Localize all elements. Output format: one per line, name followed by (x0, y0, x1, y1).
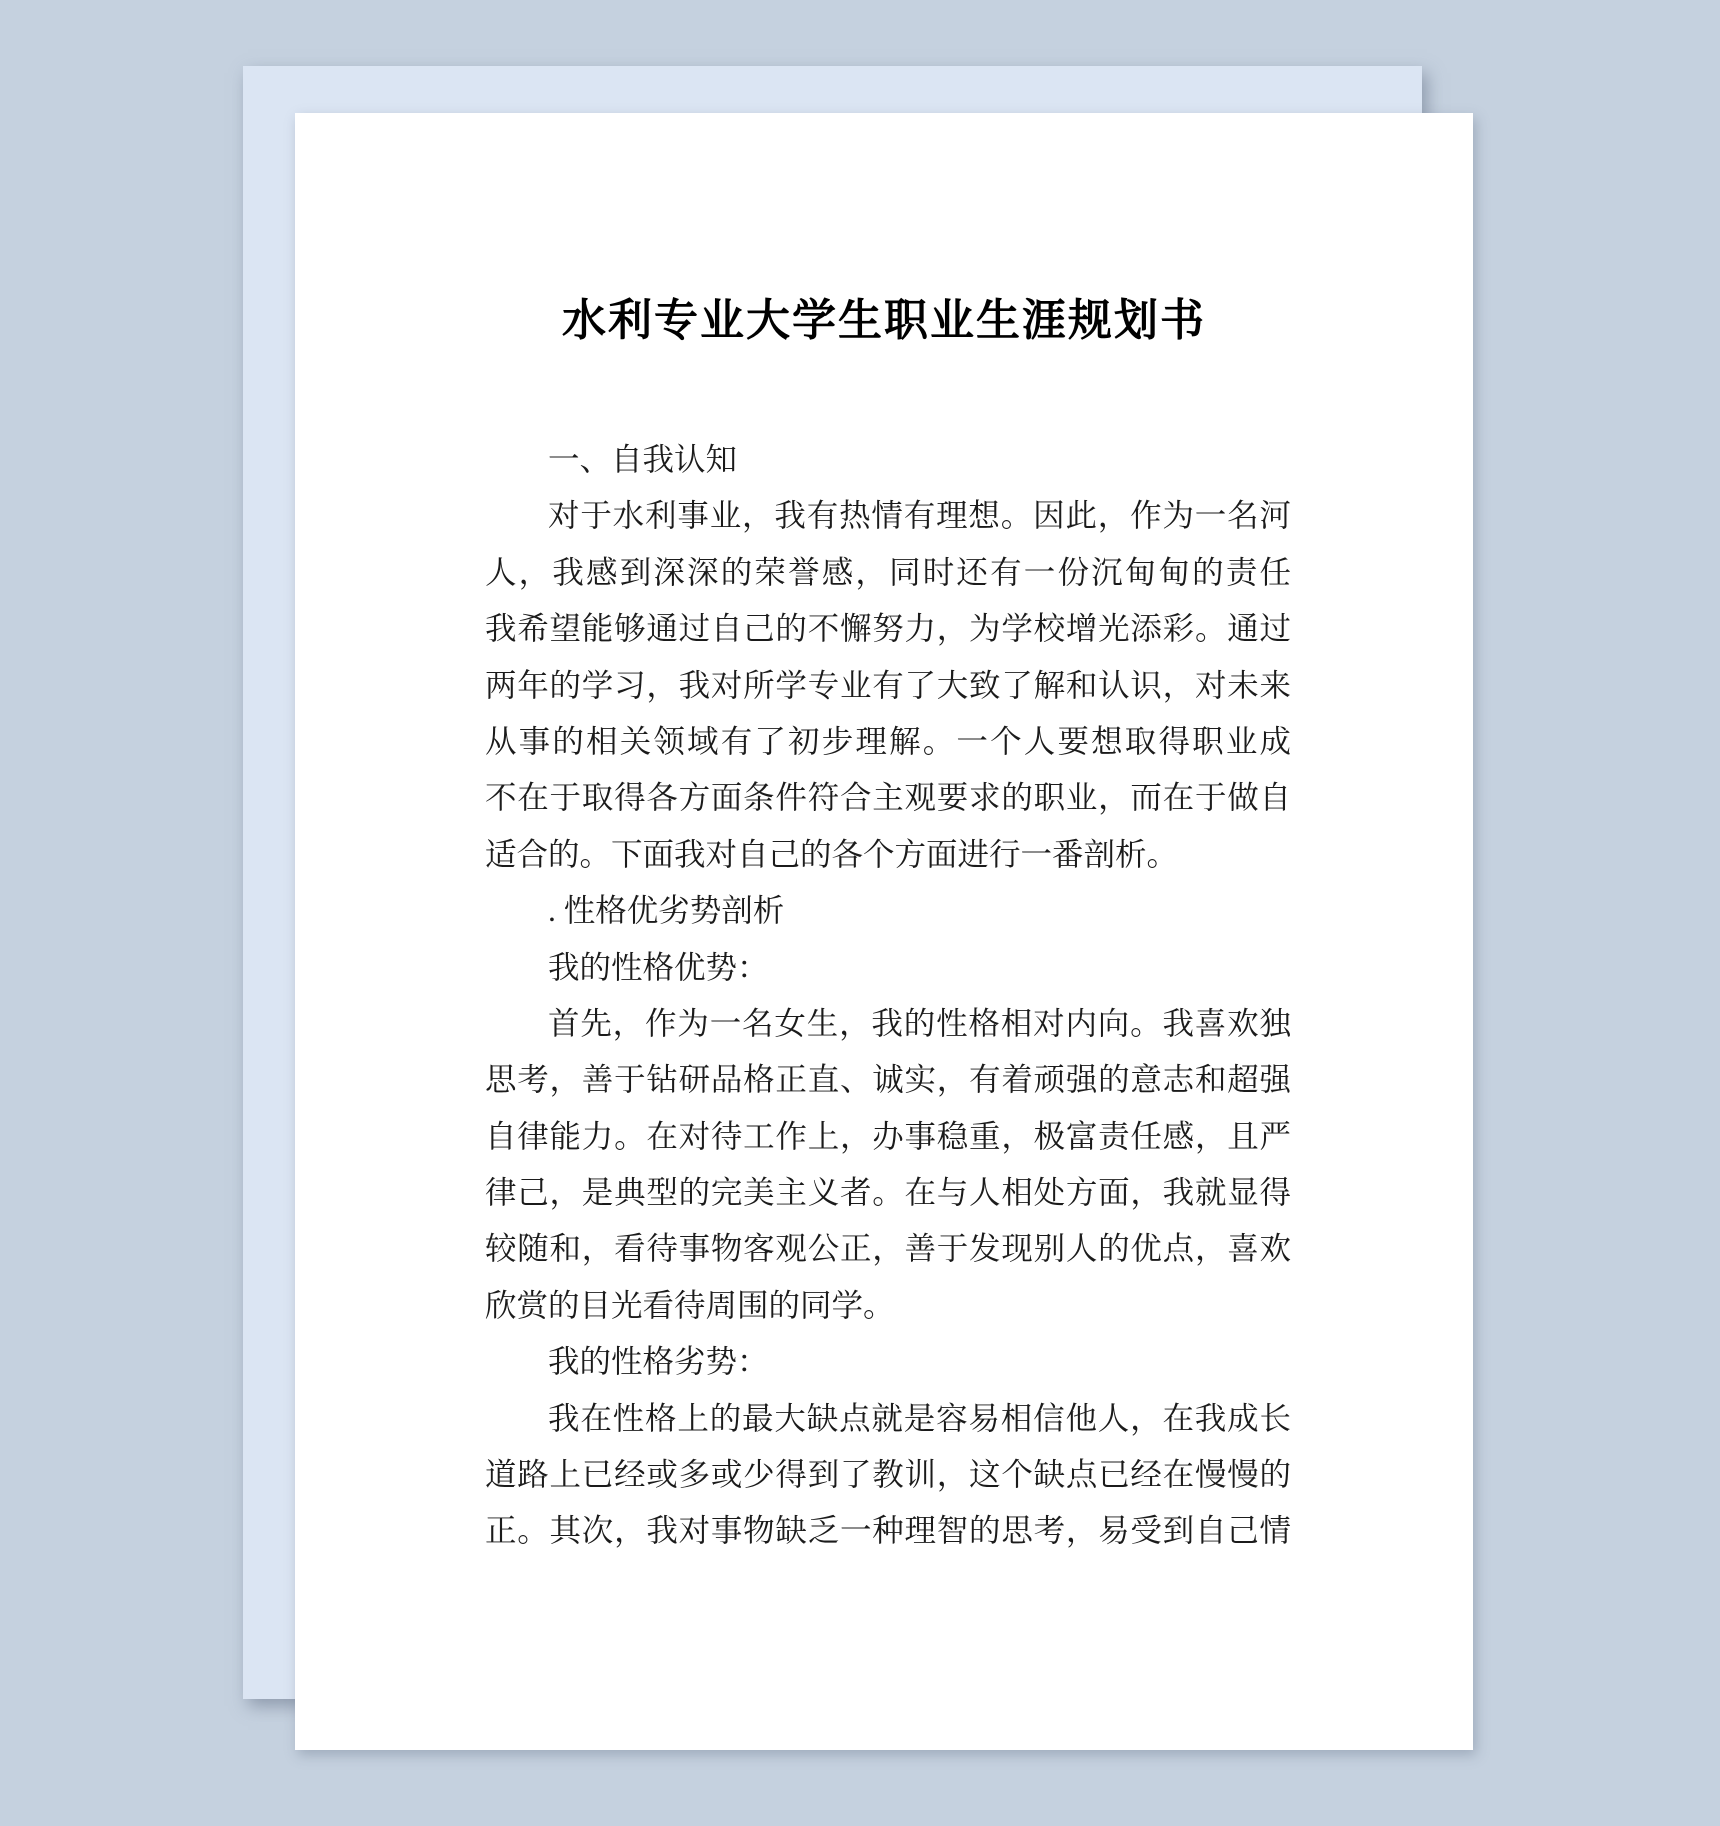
text-line: 自律能力。在对待工作上，办事稳重，极富责任感，且严于 (485, 1109, 1291, 1165)
text-line: 我的性格优势： (485, 940, 1291, 996)
text-line: 不在于取得各方面条件符合主观要求的职业，而在于做自己 (485, 770, 1291, 826)
text-line: 一、自我认知 (485, 432, 1291, 488)
text-line: . 性格优劣势剖析 (485, 883, 1291, 939)
document-body: 一、自我认知对于水利事业，我有热情有理想。因此，作为一名河海人，我感到深深的荣誉… (485, 432, 1291, 1560)
text-line: 律己，是典型的完美主义者。在与人相处方面，我就显得比 (485, 1165, 1291, 1221)
text-line: 人，我感到深深的荣誉感，同时还有一份沉甸甸的责任感。 (485, 545, 1291, 601)
document-page: 水利专业大学生职业生涯规划书 一、自我认知对于水利事业，我有热情有理想。因此，作… (295, 113, 1473, 1750)
text-line: 正。其次，我对事物缺乏一种理智的思考，易受到自己情感 (485, 1503, 1291, 1559)
text-line: 思考，善于钻研品格正直、诚实，有着顽强的意志和超强的 (485, 1052, 1291, 1108)
text-line: 从事的相关领域有了初步理解。一个人要想取得职业成功， (485, 714, 1291, 770)
document-title: 水利专业大学生职业生涯规划书 (295, 291, 1473, 351)
text-line: 我的性格劣势： (485, 1334, 1291, 1390)
text-line: 较随和，看待事物客观公正，善于发现别人的优点，喜欢以 (485, 1221, 1291, 1277)
text-line: 我在性格上的最大缺点就是容易相信他人，在我成长的 (485, 1391, 1291, 1447)
text-line: 适合的。下面我对自己的各个方面进行一番剖析。 (485, 827, 1291, 883)
text-line: 道路上已经或多或少得到了教训，这个缺点已经在慢慢的改 (485, 1447, 1291, 1503)
text-line: 对于水利事业，我有热情有理想。因此，作为一名河海 (485, 488, 1291, 544)
text-line: 欣赏的目光看待周围的同学。 (485, 1278, 1291, 1334)
text-line: 两年的学习，我对所学专业有了大致了解和认识，对未来所 (485, 658, 1291, 714)
text-line: 我希望能够通过自己的不懈努力，为学校增光添彩。通过了 (485, 601, 1291, 657)
text-line: 首先，作为一名女生，我的性格相对内向。我喜欢独立 (485, 996, 1291, 1052)
